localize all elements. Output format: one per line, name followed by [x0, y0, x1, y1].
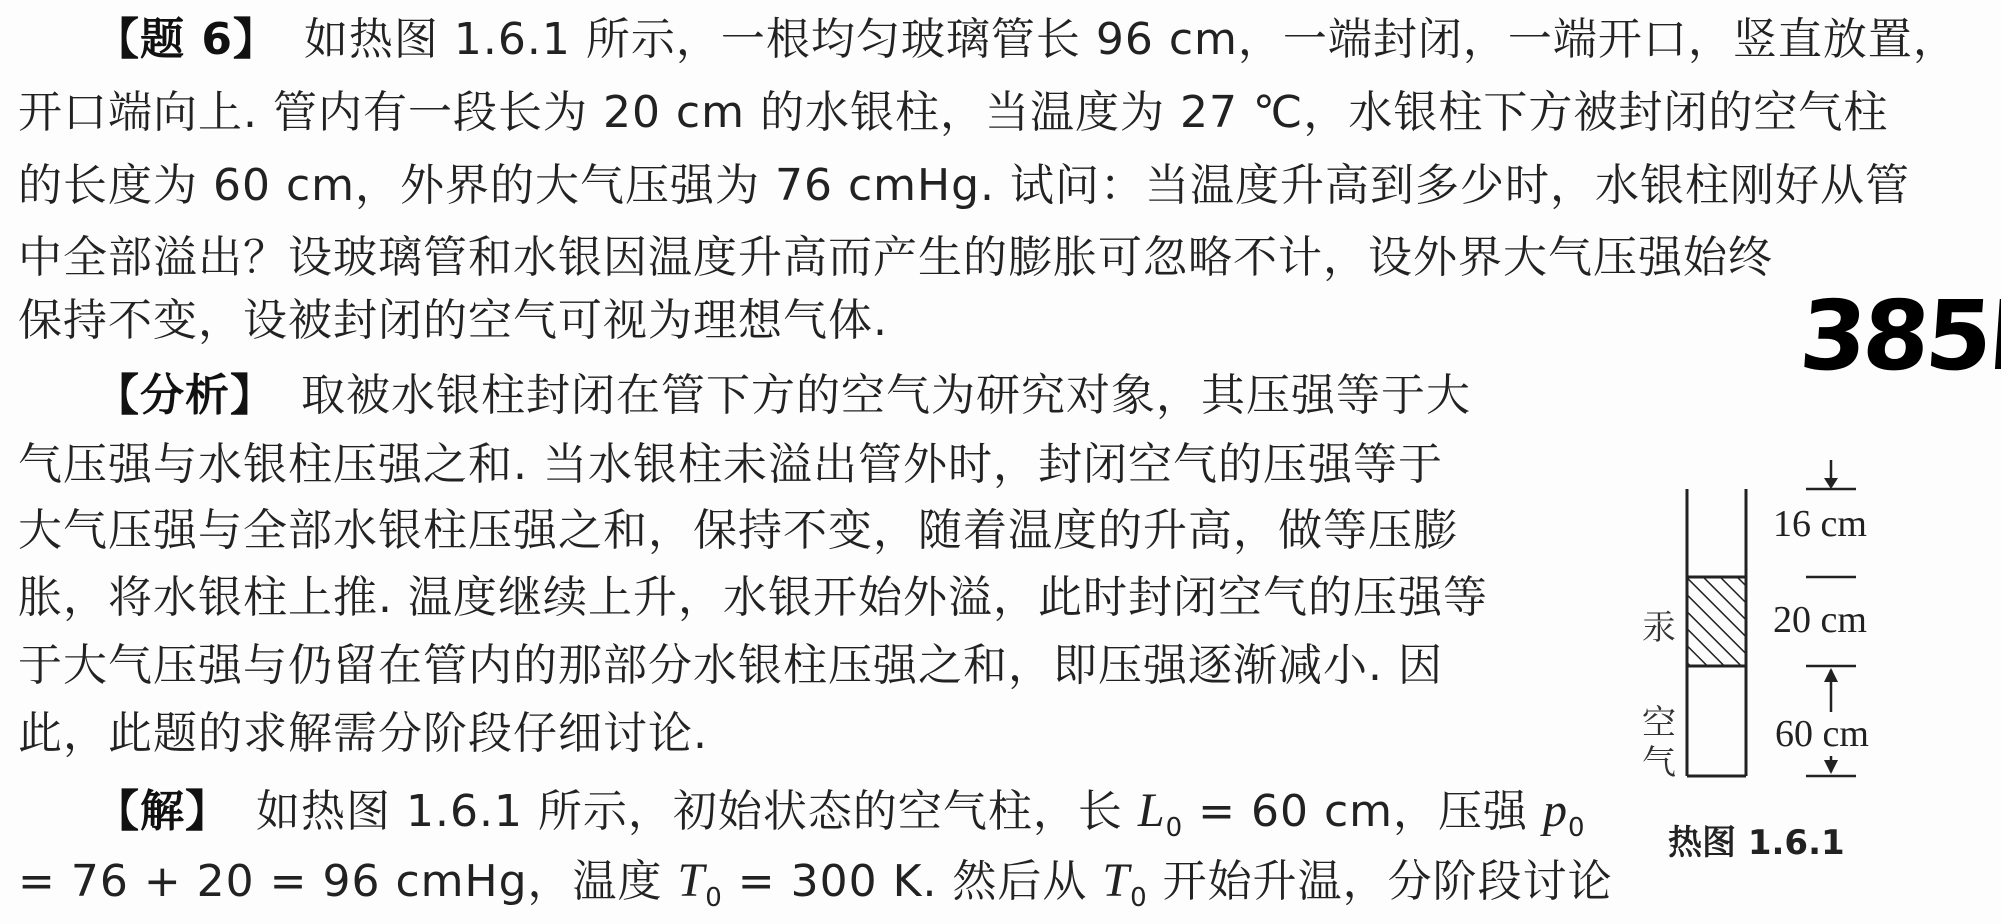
solution-line-2: = 76 + 20 = 96 cmHg，温度 T0 = 300 K. 然后从 T… — [18, 853, 1613, 924]
analysis-tag: 【分析】 — [95, 370, 275, 421]
analysis-line-6: 此，此题的求解需分阶段仔细讨论. — [18, 706, 708, 762]
analysis-line-4: 胀，将水银柱上推. 温度继续上升，水银开始外溢，此时封闭空气的压强等 — [18, 570, 1488, 626]
mercury-column — [1687, 577, 1746, 666]
dim-mercury-label: 20 cm — [1773, 598, 1867, 642]
analysis-line-2: 气压强与水银柱压强之和. 当水银柱未溢出管外时，封闭空气的压强等于 — [18, 437, 1443, 493]
problem-line-1: 【题 6】如热图 1.6.1 所示，一根均匀玻璃管长 96 cm，一端封闭，一端… — [95, 12, 1958, 68]
handwritten-answer: 385K — [1796, 280, 2001, 392]
arrow-down-icon — [1824, 760, 1838, 774]
solution-line-1: 【解】如热图 1.6.1 所示，初始状态的空气柱，长 L0 = 60 cm，压强… — [95, 783, 1586, 856]
problem-line-4: 中全部溢出？设玻璃管和水银因温度升高而产生的膨胀可忽略不计，设外界大气压强始终 — [18, 230, 1773, 286]
problem-tag: 【题 6】 — [95, 14, 278, 65]
analysis-line-3: 大气压强与全部水银柱压强之和，保持不变，随着温度的升高，做等压膨 — [18, 503, 1458, 559]
problem-line-3: 的长度为 60 cm，外界的大气压强为 76 cmHg. 试问：当温度升高到多少… — [18, 158, 1910, 214]
tube-diagram: 16 cm 20 cm 60 cm 汞 空 气 — [1640, 430, 2001, 880]
dim-top-label: 16 cm — [1773, 502, 1867, 546]
arrow-up-icon — [1824, 668, 1838, 682]
problem-line-5: 保持不变，设被封闭的空气可视为理想气体. — [18, 293, 888, 349]
mercury-label: 汞 — [1642, 600, 1676, 649]
arrow-down-icon — [1824, 478, 1838, 489]
solution-tag: 【解】 — [95, 786, 230, 837]
dim-air-label: 60 cm — [1773, 712, 1871, 756]
problem-line-2: 开口端向上. 管内有一段长为 20 cm 的水银柱，当温度为 27 ℃，水银柱下… — [18, 85, 1888, 141]
air-label-2: 气 — [1642, 735, 1676, 784]
figure-caption: 热图 1.6.1 — [1668, 815, 1845, 864]
analysis-line-5: 于大气压强与仍留在管内的那部分水银柱压强之和，即压强逐渐减小. 因 — [18, 638, 1443, 694]
analysis-line-1: 【分析】取被水银柱封闭在管下方的空气为研究对象，其压强等于大 — [95, 368, 1471, 424]
